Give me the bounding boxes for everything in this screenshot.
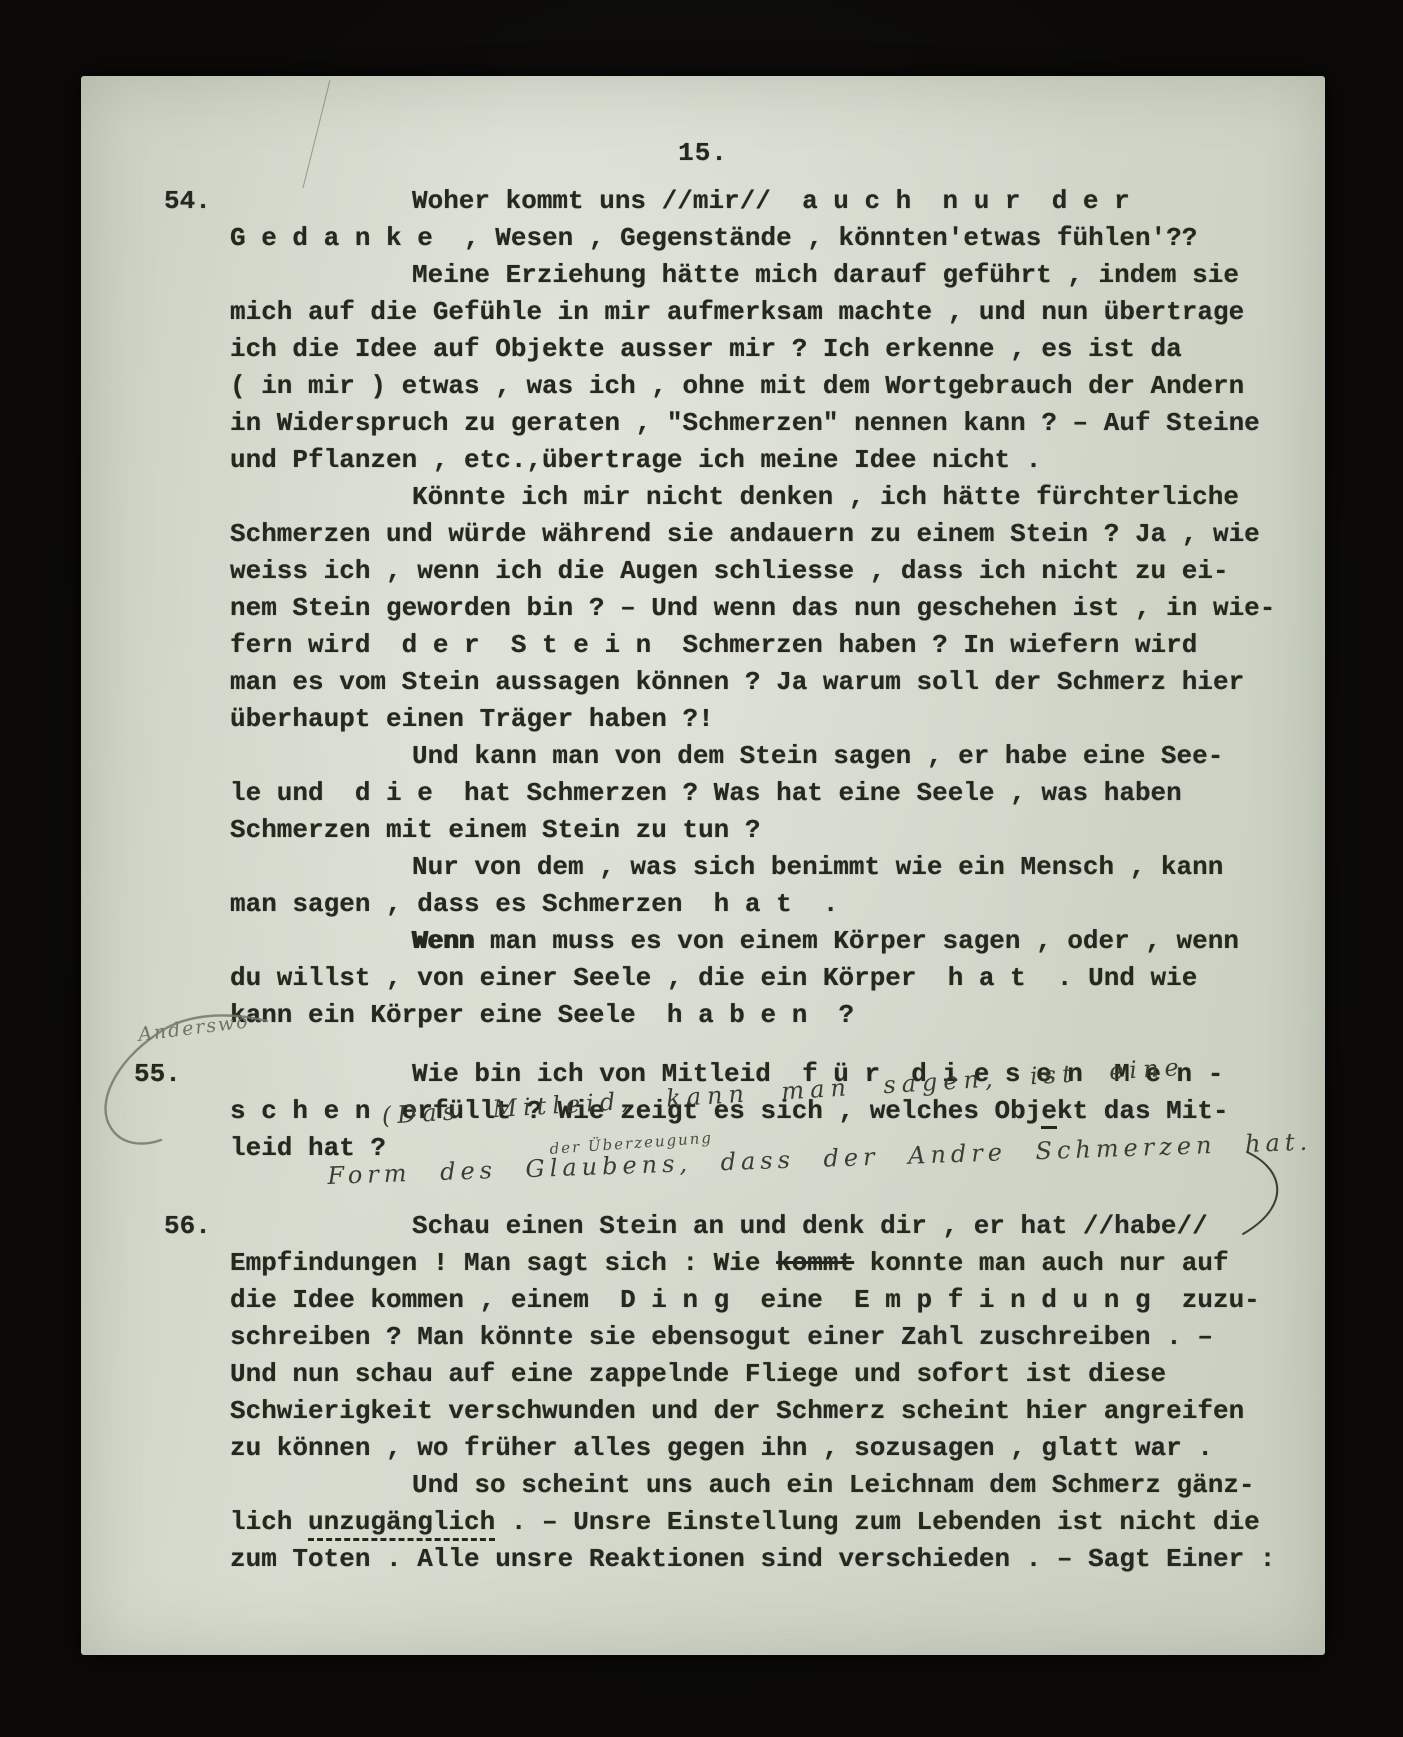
typescript-text: Wenn [412, 926, 474, 956]
typescript-text: Und nun schau auf eine zappelnde Fliege … [230, 1359, 1166, 1389]
typescript-line: Schwierigkeit verschwunden und der Schme… [230, 1393, 1340, 1430]
typescript-text: man es vom Stein aussagen können ? Ja wa… [230, 667, 1244, 697]
section-54: 54. Woher kommt uns //mir// a u c h n u … [230, 183, 1340, 1034]
typescript-line: weiss ich , wenn ich die Augen schliesse… [230, 553, 1340, 590]
page-number: 15. [81, 138, 1325, 168]
typescript-line: Woher kommt uns //mir// a u c h n u r d … [230, 183, 1340, 220]
typescript-line: Wenn man muss es von einem Körper sagen … [230, 923, 1340, 960]
typescript-line: ich die Idee auf Objekte ausser mir ? Ic… [230, 331, 1340, 368]
typescript-line: Schmerzen und würde während sie andauern… [230, 516, 1340, 553]
section-54-body: Woher kommt uns //mir// a u c h n u r d … [230, 183, 1340, 1034]
typescript-line: überhaupt einen Träger haben ?! [230, 701, 1340, 738]
typescript-text: und Pflanzen , etc.,übertrage ich meine … [230, 445, 1041, 475]
typescript-text: zu können , wo früher alles gegen ihn , … [230, 1433, 1213, 1463]
typescript-text: die Idee kommen , einem D i n g eine E m… [230, 1285, 1260, 1315]
typescript-text: kommt [776, 1248, 854, 1278]
typescript-text: kt das Mit- [1057, 1096, 1229, 1126]
section-56-body: Schau einen Stein an und denk dir , er h… [230, 1208, 1340, 1578]
section-label: 54. [164, 183, 211, 220]
section-56: 56. Schau einen Stein an und denk dir , … [230, 1208, 1340, 1578]
typescript-line: kann ein Körper eine Seele h a b e n ? [230, 997, 1340, 1034]
typescript-text: nem Stein geworden bin ? – Und wenn das … [230, 593, 1275, 623]
typescript-text: ( in mir ) etwas , was ich , ohne mit de… [230, 371, 1244, 401]
typescript-text: leid hat ? [230, 1133, 386, 1163]
typescript-text: man muss es von einem Körper sagen , ode… [474, 926, 1239, 956]
typescript-text: schreiben ? Man könnte sie ebensogut ein… [230, 1322, 1213, 1352]
typescript-line: Empfindungen ! Man sagt sich : Wie kommt… [230, 1245, 1340, 1282]
manuscript-page: 15. 54. Woher kommt uns //mir// a u c h … [81, 76, 1325, 1655]
typescript-text: Könnte ich mir nicht denken , ich hätte … [412, 482, 1239, 512]
typescript-text: zum Toten . Alle unsre Reaktionen sind v… [230, 1544, 1275, 1574]
typescript-text: fern wird d e r S t e i n Schmerzen habe… [230, 630, 1197, 660]
typescript-line: nem Stein geworden bin ? – Und wenn das … [230, 590, 1340, 627]
typescript-text: Und so scheint uns auch ein Leichnam dem… [412, 1470, 1255, 1500]
section-label: 56. [164, 1208, 211, 1245]
typescript-line: man es vom Stein aussagen können ? Ja wa… [230, 664, 1340, 701]
typescript-text: . – Unsre Einstellung zum Lebenden ist n… [495, 1507, 1260, 1537]
typescript-line: G e d a n k e , Wesen , Gegenstände , kö… [230, 220, 1340, 257]
typescript-line: mich auf die Gefühle in mir aufmerksam m… [230, 294, 1340, 331]
typescript-line: zu können , wo früher alles gegen ihn , … [230, 1430, 1340, 1467]
typescript-text: du willst , von einer Seele , die ein Kö… [230, 963, 1197, 993]
typescript-line: ( in mir ) etwas , was ich , ohne mit de… [230, 368, 1340, 405]
typescript-text: überhaupt einen Träger haben ?! [230, 704, 714, 734]
typescript-line: Und kann man von dem Stein sagen , er ha… [230, 738, 1340, 775]
typescript-text: Meine Erziehung hätte mich darauf geführ… [412, 260, 1239, 290]
typescript-text: kann ein Körper eine Seele h a b e n ? [230, 1000, 854, 1030]
typescript-text: G e d a n k e , Wesen , Gegenstände , kö… [230, 223, 1197, 253]
typescript-text: Nur von dem , was sich benimmt wie ein M… [412, 852, 1223, 882]
scratch-mark [303, 80, 330, 188]
typescript-text: Schau einen Stein an und denk dir , er h… [412, 1211, 1208, 1241]
typescript-line: Könnte ich mir nicht denken , ich hätte … [230, 479, 1340, 516]
typescript-line: du willst , von einer Seele , die ein Kö… [230, 960, 1340, 997]
typescript-text: Schwierigkeit verschwunden und der Schme… [230, 1396, 1244, 1426]
typescript-line: die Idee kommen , einem D i n g eine E m… [230, 1282, 1340, 1319]
typescript-text: in Widerspruch zu geraten , "Schmerzen" … [230, 408, 1260, 438]
typescript-line: man sagen , dass es Schmerzen h a t . [230, 886, 1340, 923]
typescript-text: Schmerzen und würde während sie andauern… [230, 519, 1260, 549]
typescript-text: Und kann man von dem Stein sagen , er ha… [412, 741, 1223, 771]
typescript-line: le und d i e hat Schmerzen ? Was hat ein… [230, 775, 1340, 812]
typescript-line: Nur von dem , was sich benimmt wie ein M… [230, 849, 1340, 886]
typescript-text: Woher kommt uns //mir// a u c h n u r d … [412, 186, 1130, 216]
section-label: 55. [134, 1056, 181, 1093]
typescript-line: in Widerspruch zu geraten , "Schmerzen" … [230, 405, 1340, 442]
typescript-line: Meine Erziehung hätte mich darauf geführ… [230, 257, 1340, 294]
typescript-line: Schau einen Stein an und denk dir , er h… [230, 1208, 1340, 1245]
typescript-text: unzugänglich [308, 1507, 495, 1541]
typescript-line: schreiben ? Man könnte sie ebensogut ein… [230, 1319, 1340, 1356]
scanned-page-background: 15. 54. Woher kommt uns //mir// a u c h … [0, 0, 1403, 1737]
typescript-line: Und so scheint uns auch ein Leichnam dem… [230, 1467, 1340, 1504]
typescript-text: lich [230, 1507, 308, 1537]
typescript-line: zum Toten . Alle unsre Reaktionen sind v… [230, 1541, 1340, 1578]
typescript-text: konnte man auch nur auf [854, 1248, 1228, 1278]
typescript-text: man sagen , dass es Schmerzen h a t . [230, 889, 839, 919]
typescript-line: lich unzugänglich . – Unsre Einstellung … [230, 1504, 1340, 1541]
typescript-line: fern wird d e r S t e i n Schmerzen habe… [230, 627, 1340, 664]
pencil-margin-annotation: Anderswo [137, 1010, 251, 1045]
typescript-line: Und nun schau auf eine zappelnde Fliege … [230, 1356, 1340, 1393]
typescript-text: Empfindungen ! Man sagt sich : Wie [230, 1248, 776, 1278]
typescript-text: e [1041, 1096, 1057, 1129]
typescript-text: le und d i e hat Schmerzen ? Was hat ein… [230, 778, 1182, 808]
typescript-text: Schmerzen mit einem Stein zu tun ? [230, 815, 761, 845]
typescript-text: weiss ich , wenn ich die Augen schliesse… [230, 556, 1229, 586]
typescript-line: Schmerzen mit einem Stein zu tun ? [230, 812, 1340, 849]
typescript-text: mich auf die Gefühle in mir aufmerksam m… [230, 297, 1244, 327]
typescript-text: ich die Idee auf Objekte ausser mir ? Ic… [230, 334, 1182, 364]
typescript-line: und Pflanzen , etc.,übertrage ich meine … [230, 442, 1340, 479]
